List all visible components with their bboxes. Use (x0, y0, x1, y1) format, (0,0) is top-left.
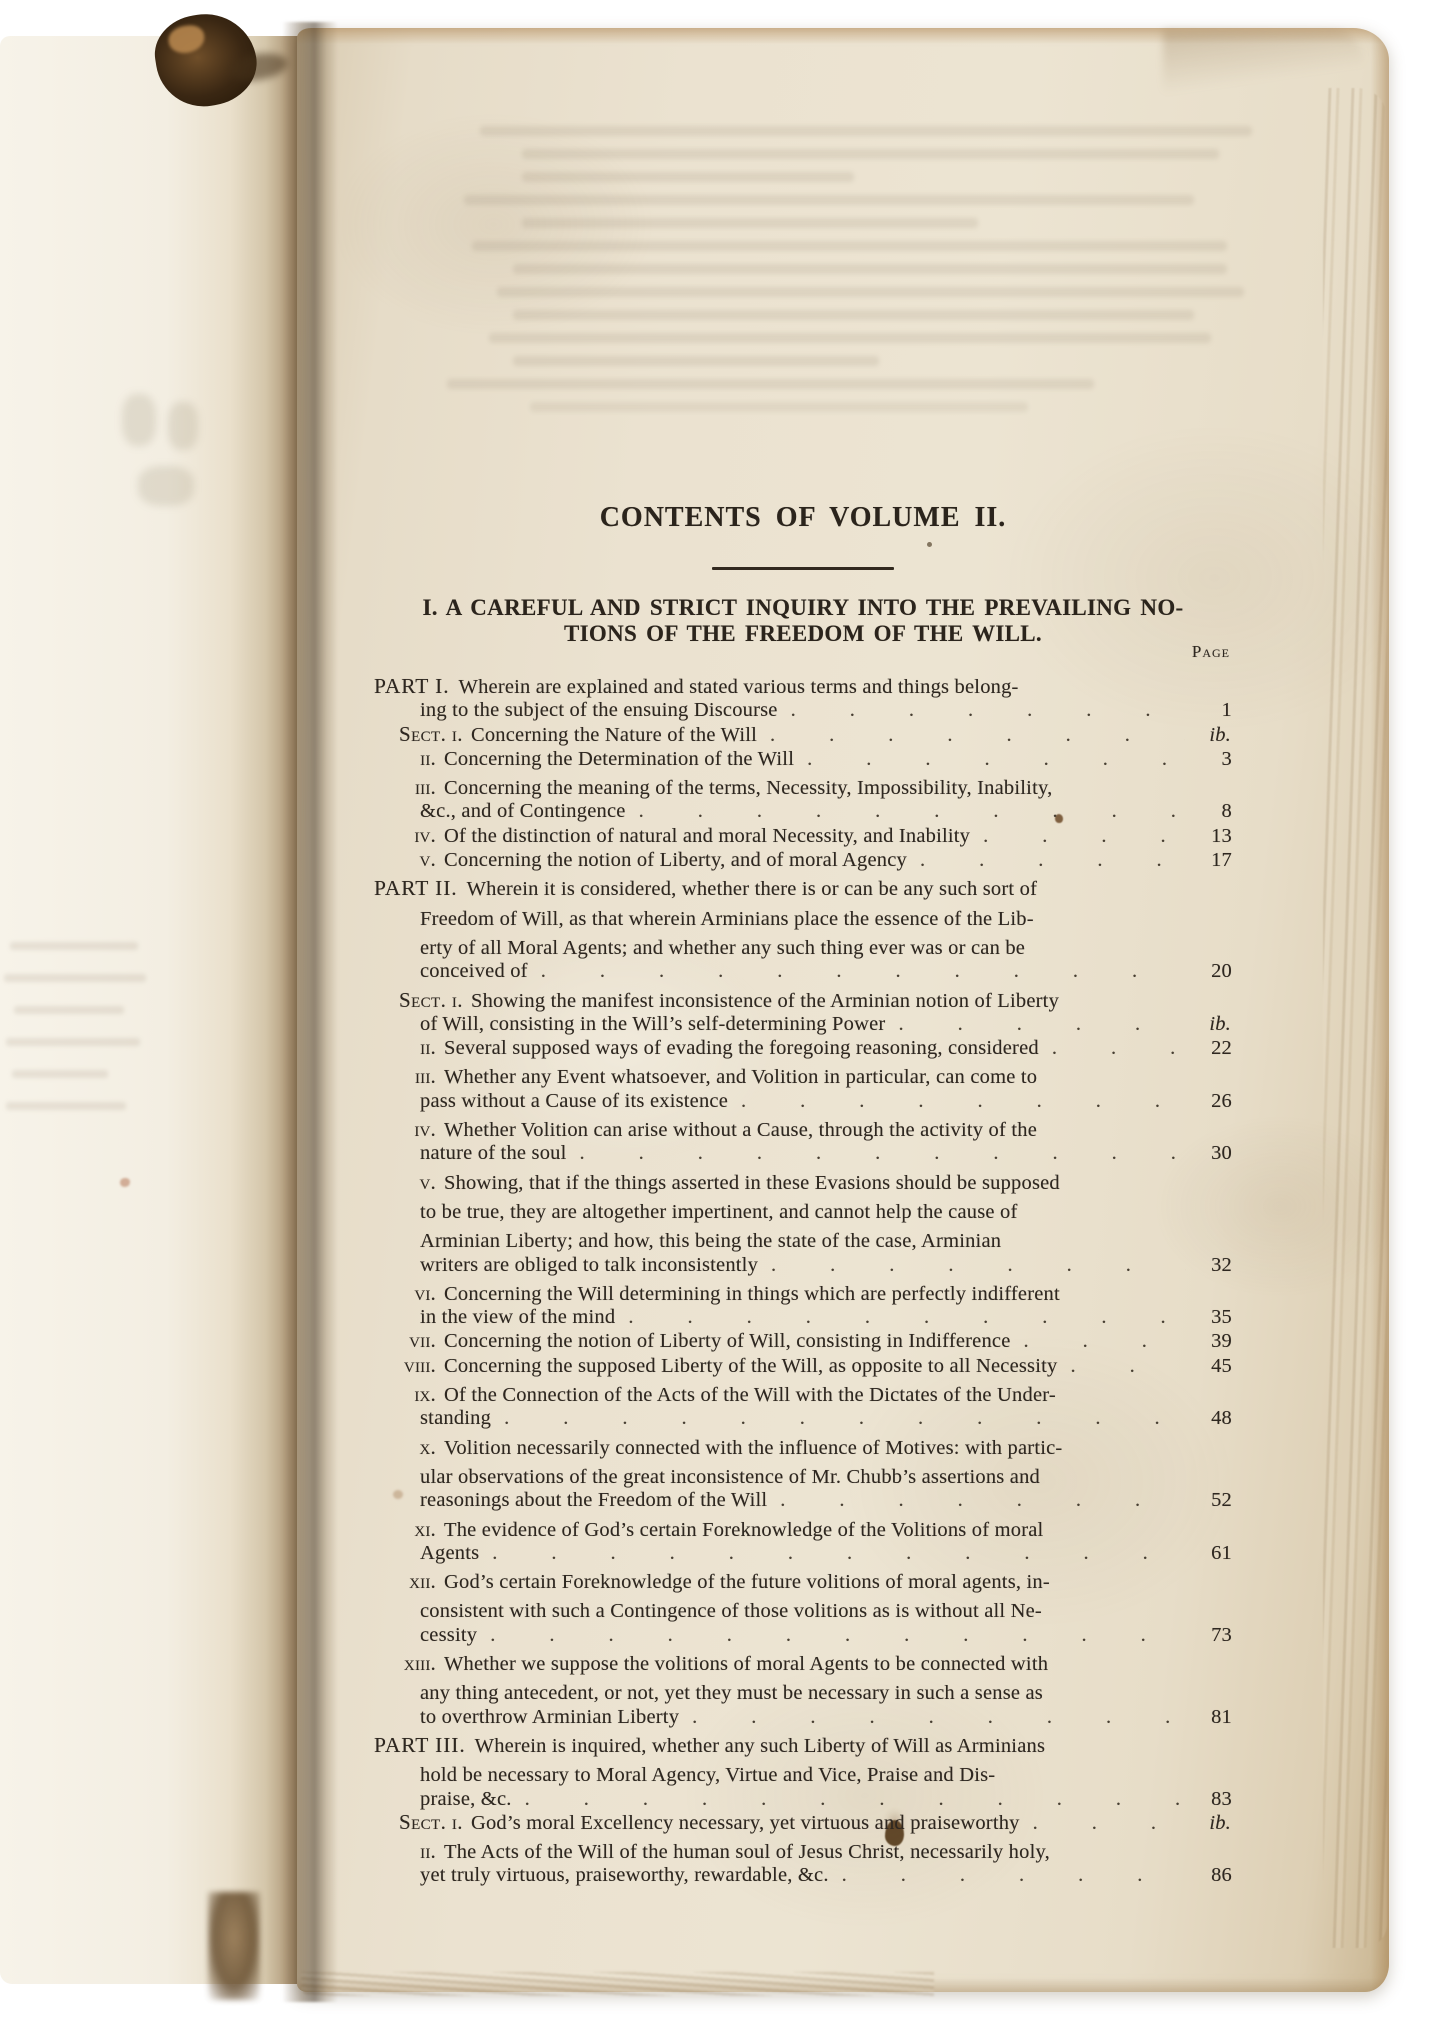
dot-leader (1037, 1113, 1186, 1136)
dot-leader (757, 724, 1185, 747)
page-number: ib. (1185, 1013, 1232, 1036)
toc-line: cessity73 (374, 1624, 1232, 1647)
toc-line: Sect. i.Concerning the Nature of the Wil… (374, 723, 1232, 747)
page-number: 61 (1186, 1542, 1232, 1565)
dot-leader (1042, 1594, 1186, 1617)
toc-line: iii.Concerning the meaning of the terms,… (374, 771, 1232, 800)
entry-label: iii. (374, 776, 436, 799)
entry-text: Freedom of Will, as that wherein Arminia… (420, 908, 1034, 931)
dot-leader (477, 1624, 1186, 1647)
dot-leader (1039, 1037, 1186, 1060)
toc-line: v.Showing, that if the things asserted i… (374, 1165, 1232, 1194)
entry-label: viii. (374, 1354, 436, 1377)
entry-label: Sect. i. (399, 1811, 463, 1834)
entry-text: of Will, consisting in the Will’s self-d… (420, 1013, 885, 1036)
page-stack-edge (1323, 88, 1387, 1948)
dot-leader (1056, 1378, 1186, 1401)
entry-label: iii. (374, 1065, 436, 1088)
divider-rule (712, 567, 894, 570)
book-photo: { "colors":{"paper":"#ece4d2","facing_pa… (0, 0, 1445, 2023)
toc-line: Freedom of Will, as that wherein Arminia… (374, 901, 1232, 930)
page-number: 35 (1186, 1306, 1232, 1329)
page-number: 86 (1186, 1864, 1232, 1887)
dot-leader (512, 1788, 1186, 1811)
entry-text: reasonings about the Freedom of the Will (420, 1489, 767, 1512)
entry-text: Concerning the Determination of the Will (444, 748, 794, 771)
page-number: 45 (1186, 1355, 1232, 1378)
dot-leader (1040, 1460, 1186, 1483)
toc-line: any thing antecedent, or not, yet they m… (374, 1676, 1232, 1705)
toc-entry-list: PART I.Wherein are explained and stated … (374, 670, 1232, 1888)
dot-leader (885, 1013, 1185, 1036)
dot-leader (1060, 1277, 1186, 1300)
entry-text: Volition necessarily connected with the … (444, 1437, 1062, 1460)
entry-label: x. (374, 1436, 436, 1459)
toc-line: Agents61 (374, 1542, 1232, 1565)
entry-label: iv. (374, 1118, 436, 1141)
entry-text: Several supposed ways of evading the for… (444, 1037, 1039, 1060)
toc-line: praise, &c.83 (374, 1788, 1232, 1811)
dot-leader (778, 699, 1186, 722)
dot-leader (1050, 1835, 1186, 1858)
toc-line: ix.Of the Connection of the Acts of the … (374, 1378, 1232, 1407)
text-column: CONTENTS OF VOLUME II. I. A CAREFUL AND … (374, 502, 1232, 1888)
toc-line: ular observations of the great inconsist… (374, 1460, 1232, 1489)
foxing-spot (120, 1178, 130, 1187)
toc-line: yet truly virtuous, praiseworthy, reward… (374, 1864, 1232, 1887)
ghost-letter-blob (122, 394, 156, 446)
entry-text: Concerning the meaning of the terms, Nec… (444, 777, 1052, 800)
toc-line: of Will, consisting in the Will’s self-d… (374, 1013, 1232, 1036)
page-number: 30 (1186, 1142, 1232, 1165)
page-number: 8 (1186, 800, 1232, 823)
entry-text: Whether any Event whatsoever, and Voliti… (444, 1066, 1037, 1089)
page-number: 32 (1186, 1254, 1232, 1277)
toc-line: reasonings about the Freedom of the Will… (374, 1489, 1232, 1512)
toc-line: vii.Concerning the notion of Liberty of … (374, 1329, 1232, 1353)
dot-leader (528, 960, 1186, 983)
toc-line: in the view of the mind35 (374, 1306, 1232, 1329)
dot-leader (1011, 1330, 1186, 1353)
entry-text: in the view of the mind (420, 1306, 615, 1329)
entry-text: &c., and of Contingence (420, 800, 626, 823)
page-number: 81 (1186, 1706, 1232, 1729)
ghost-letter-blob (138, 466, 194, 506)
toc-line: hold be necessary to Moral Agency, Virtu… (374, 1758, 1232, 1787)
toc-line: PART III.Wherein is inquired, whether an… (374, 1729, 1232, 1758)
entry-label: v. (374, 1171, 436, 1194)
toc-line: PART II.Wherein it is considered, whethe… (374, 872, 1232, 901)
entry-text: Whether Volition can arise without a Cau… (444, 1119, 1037, 1142)
dot-leader (1034, 901, 1186, 924)
toc-line: standing48 (374, 1407, 1232, 1430)
entry-text: God’s certain Foreknowledge of the futur… (444, 1571, 1050, 1594)
page-title: CONTENTS OF VOLUME II. (374, 502, 1232, 534)
ghost-text-line (6, 1102, 126, 1110)
toc-line: consistent with such a Contingence of th… (374, 1594, 1232, 1623)
page-number: ib. (1185, 1812, 1232, 1835)
toc-line: pass without a Cause of its existence26 (374, 1090, 1232, 1113)
dot-leader (1020, 1812, 1185, 1835)
dot-leader (728, 1090, 1186, 1113)
entry-label: Sect. i. (399, 723, 463, 746)
entry-label: ii. (374, 1036, 436, 1059)
entry-label: Sect. i. (399, 989, 463, 1012)
entry-text: consistent with such a Contingence of th… (420, 1600, 1042, 1623)
page-number: 1 (1186, 699, 1232, 722)
toc-line: Arminian Liberty; and how, this being th… (374, 1224, 1232, 1253)
entry-text: Concerning the notion of Liberty of Will… (444, 1330, 1011, 1353)
dot-leader (995, 1758, 1186, 1781)
toc-line: x.Volition necessarily connected with th… (374, 1430, 1232, 1459)
entry-text: Wherein it is considered, whether there … (467, 878, 1038, 901)
entry-text: Arminian Liberty; and how, this being th… (420, 1230, 1001, 1253)
dot-leader (626, 800, 1186, 823)
entry-text: nature of the soul (420, 1142, 567, 1165)
entry-label: iv. (374, 824, 436, 847)
dot-leader (615, 1306, 1186, 1329)
toc-line: ii.The Acts of the Will of the human sou… (374, 1835, 1232, 1864)
entry-label: v. (374, 848, 436, 871)
entry-label: PART II. (374, 877, 458, 900)
dot-leader (479, 1542, 1186, 1565)
entry-text: The evidence of God’s certain Foreknowle… (444, 1519, 1043, 1542)
entry-text: God’s moral Excellency necessary, yet vi… (471, 1812, 1020, 1835)
page-number: 26 (1186, 1090, 1232, 1113)
entry-text: ing to the subject of the ensuing Discou… (420, 699, 778, 722)
ghost-letter-blob (168, 402, 198, 450)
ghost-text-line (6, 1038, 140, 1046)
entry-label: ix. (374, 1383, 436, 1406)
entry-text: to be true, they are altogether impertin… (420, 1201, 1017, 1224)
page-number: 13 (1186, 825, 1232, 848)
entry-text: Concerning the Will determining in thing… (444, 1283, 1060, 1306)
entry-text: Concerning the supposed Liberty of the W… (444, 1355, 1057, 1378)
entry-text: writers are obliged to talk inconsistent… (420, 1254, 758, 1277)
dot-leader (1025, 931, 1186, 954)
toc-line: v.Concerning the notion of Liberty, and … (374, 848, 1232, 872)
entry-label: ii. (374, 1840, 436, 1863)
work-heading-line1: I. A CAREFUL AND STRICT INQUIRY INTO THE… (374, 595, 1232, 621)
entry-text: hold be necessary to Moral Agency, Virtu… (420, 1764, 995, 1787)
entry-text: Concerning the notion of Liberty, and of… (444, 849, 907, 872)
page-number: 83 (1186, 1788, 1232, 1811)
dot-leader (1037, 1060, 1186, 1083)
contents-page: CONTENTS OF VOLUME II. I. A CAREFUL AND … (297, 28, 1389, 1992)
dot-leader (1059, 983, 1186, 1006)
dot-leader (1043, 1512, 1186, 1535)
dot-leader (907, 849, 1186, 872)
entry-text: Wherein is inquired, whether any such Li… (475, 1735, 1045, 1758)
ghost-text-line (10, 942, 138, 950)
dot-leader (1048, 1647, 1186, 1670)
dot-leader (1052, 771, 1186, 794)
dot-leader (491, 1407, 1186, 1430)
toc-line: xii.God’s certain Foreknowledge of the f… (374, 1565, 1232, 1594)
bleed-through-text (447, 126, 1277, 425)
dot-leader (1017, 1195, 1186, 1218)
dot-leader (1060, 1165, 1186, 1188)
entry-text: Concerning the Nature of the Will (471, 724, 757, 747)
dot-leader (970, 825, 1186, 848)
ghost-text-line (4, 974, 146, 982)
toc-line: ing to the subject of the ensuing Discou… (374, 699, 1232, 722)
toc-line: PART I.Wherein are explained and stated … (374, 670, 1232, 699)
toc-line: to overthrow Arminian Liberty81 (374, 1706, 1232, 1729)
dot-leader (1037, 872, 1186, 895)
page-number: ib. (1185, 724, 1232, 747)
dot-leader (567, 1142, 1187, 1165)
toc-line: erty of all Moral Agents; and whether an… (374, 931, 1232, 960)
toc-line: to be true, they are altogether impertin… (374, 1195, 1232, 1224)
entry-text: The Acts of the Will of the human soul o… (444, 1841, 1050, 1864)
dot-leader (1057, 1355, 1186, 1378)
dot-leader (1001, 1224, 1186, 1247)
toc-line: Sect. i.Showing the manifest inconsisten… (374, 983, 1232, 1012)
ghost-text-line (14, 1006, 124, 1014)
entry-text: pass without a Cause of its existence (420, 1090, 728, 1113)
entry-text: praise, &c. (420, 1788, 512, 1811)
entry-label: xii. (374, 1570, 436, 1593)
toc-line: viii.Concerning the supposed Liberty of … (374, 1354, 1232, 1378)
entry-label: xiii. (374, 1652, 436, 1675)
toc-line: iv.Of the distinction of natural and mor… (374, 824, 1232, 848)
page-number: 20 (1186, 960, 1232, 983)
dot-leader (1062, 1430, 1186, 1453)
toc-line: xiii.Whether we suppose the volitions of… (374, 1647, 1232, 1676)
toc-line: iii.Whether any Event whatsoever, and Vo… (374, 1060, 1232, 1089)
entry-text: yet truly virtuous, praiseworthy, reward… (420, 1864, 829, 1887)
dot-leader (1050, 1565, 1186, 1588)
entry-label: vi. (374, 1282, 436, 1305)
dot-leader (794, 748, 1186, 771)
page-number: 3 (1186, 748, 1232, 771)
toc-line: &c., and of Contingence8 (374, 800, 1232, 823)
bottom-page-edges (301, 1972, 934, 1996)
page-number: 48 (1186, 1407, 1232, 1430)
entry-text: Of the distinction of natural and moral … (444, 825, 970, 848)
toc-line: nature of the soul30 (374, 1142, 1232, 1165)
entry-text: any thing antecedent, or not, yet they m… (420, 1682, 1043, 1705)
entry-text: Wherein are explained and stated various… (459, 676, 1019, 699)
entry-text: Agents (420, 1542, 479, 1565)
dot-leader (758, 1254, 1186, 1277)
entry-text: Showing, that if the things asserted in … (444, 1172, 1060, 1195)
dot-leader (829, 1864, 1186, 1887)
entry-text: Showing the manifest inconsistence of th… (471, 990, 1059, 1013)
binding-wear-bottom (208, 1892, 260, 2000)
toc-line: Sect. i.God’s moral Excellency necessary… (374, 1811, 1232, 1835)
toc-line: xi.The evidence of God’s certain Forekno… (374, 1512, 1232, 1541)
page-number: 39 (1186, 1330, 1232, 1353)
page-number: 52 (1186, 1489, 1232, 1512)
toc-line: conceived of20 (374, 960, 1232, 983)
page-number: 22 (1186, 1037, 1232, 1060)
dot-leader (1045, 1729, 1186, 1752)
entry-text: ular observations of the great inconsist… (420, 1466, 1040, 1489)
dot-leader (1043, 1676, 1186, 1699)
toc-line: ii.Concerning the Determination of the W… (374, 747, 1232, 771)
toc-line: iv.Whether Volition can arise without a … (374, 1113, 1232, 1142)
entry-text: to overthrow Arminian Liberty (420, 1706, 679, 1729)
entry-text: Of the Connection of the Acts of the Wil… (444, 1384, 1056, 1407)
corner-curl-shadow (1163, 30, 1363, 94)
entry-label: PART III. (374, 1734, 466, 1757)
page-number: 73 (1186, 1624, 1232, 1647)
entry-text: standing (420, 1407, 491, 1430)
toc-line: vi.Concerning the Will determining in th… (374, 1277, 1232, 1306)
entry-text: Whether we suppose the volitions of mora… (444, 1653, 1048, 1676)
dot-leader (767, 1489, 1186, 1512)
facing-page (0, 36, 302, 1984)
entry-label: PART I. (374, 675, 450, 698)
entry-text: cessity (420, 1624, 477, 1647)
page-number: 17 (1186, 849, 1232, 872)
entry-text: conceived of (420, 960, 528, 983)
entry-label: xi. (374, 1518, 436, 1541)
dot-leader (1019, 670, 1186, 693)
toc-line: ii.Several supposed ways of evading the … (374, 1036, 1232, 1060)
toc-line: writers are obliged to talk inconsistent… (374, 1254, 1232, 1277)
dot-leader (679, 1706, 1186, 1729)
entry-label: vii. (374, 1329, 436, 1352)
entry-text: erty of all Moral Agents; and whether an… (420, 937, 1025, 960)
entry-label: ii. (374, 747, 436, 770)
work-heading: I. A CAREFUL AND STRICT INQUIRY INTO THE… (374, 595, 1232, 647)
ghost-text-line (12, 1070, 108, 1078)
